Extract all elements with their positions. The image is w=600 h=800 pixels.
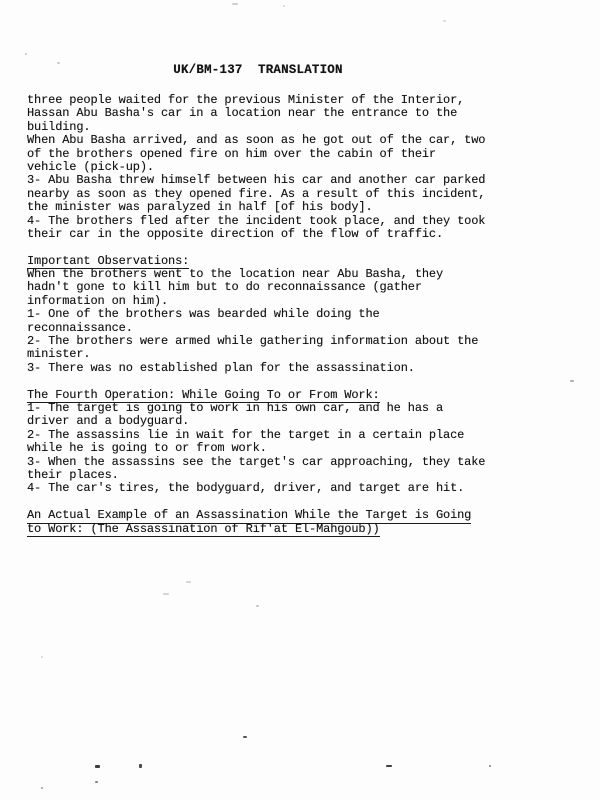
document-text-line: 2- The assassins lie in wait for the tar…	[27, 429, 497, 442]
document-text-line: the minister was paralyzed in half [of h…	[27, 201, 497, 214]
section-heading-line: Important Observations:	[27, 255, 497, 268]
scan-speck	[283, 5, 285, 7]
document-text-line: information on him).	[27, 295, 497, 308]
document-text-line: their car in the opposite direction of t…	[27, 228, 497, 241]
document-body: three people waited for the previous Min…	[27, 94, 497, 536]
scanned-document-page: UK/BM-137 TRANSLATION three people waite…	[0, 0, 600, 800]
document-title: UK/BM-137 TRANSLATION	[27, 63, 489, 77]
scan-speck	[41, 787, 43, 789]
blank-line	[27, 496, 497, 509]
scan-speck	[243, 736, 247, 738]
scan-speck	[139, 764, 142, 768]
document-text-line: 4- The brothers fled after the incident …	[27, 215, 497, 228]
scan-speck	[41, 656, 43, 658]
scan-speck	[489, 765, 491, 767]
document-text-line: driver and a bodyguard.	[27, 415, 497, 428]
scan-speck	[186, 581, 191, 583]
document-text-line: reconnaissance.	[27, 322, 497, 335]
document-text-line: vehicle (pick-up).	[27, 161, 497, 174]
scan-speck	[256, 605, 259, 607]
document-text-line: three people waited for the previous Min…	[27, 94, 497, 107]
document-text-line: minister.	[27, 348, 497, 361]
document-text-line: Hassan Abu Basha's car in a location nea…	[27, 107, 497, 120]
scan-speck	[443, 20, 446, 22]
document-text-line: building.	[27, 121, 497, 134]
section-heading-line: An Actual Example of an Assassination Wh…	[27, 509, 497, 522]
document-text-line: When Abu Basha arrived, and as soon as h…	[27, 134, 497, 147]
scan-speck	[95, 781, 98, 783]
blank-line	[27, 375, 497, 388]
section-heading-line: The Fourth Operation: While Going To or …	[27, 389, 497, 402]
scan-speck	[570, 380, 574, 382]
document-text-line: 1- The target is going to work in his ow…	[27, 402, 497, 415]
document-text-line: 3- When the assassins see the target's c…	[27, 456, 497, 469]
document-text-line: When the brothers went to the location n…	[27, 268, 497, 281]
blank-line	[27, 241, 497, 254]
scan-speck	[57, 62, 60, 64]
scan-speck	[386, 765, 392, 767]
scan-speck	[163, 593, 169, 595]
document-text-line: 3- Abu Basha threw himself between his c…	[27, 174, 497, 187]
document-text-line: 1- One of the brothers was bearded while…	[27, 308, 497, 321]
scan-speck	[25, 53, 27, 55]
section-heading-line: to Work: (The Assassination of Rif'at El…	[27, 523, 497, 536]
document-text-line: hadn't gone to kill him but to do reconn…	[27, 281, 497, 294]
document-text-line: 4- The car's tires, the bodyguard, drive…	[27, 482, 497, 495]
document-text-line: 3- There was no established plan for the…	[27, 362, 497, 375]
document-text-line: nearby as soon as they opened fire. As a…	[27, 188, 497, 201]
scan-speck	[95, 765, 100, 768]
document-text-line: their places.	[27, 469, 497, 482]
document-text-line: while he is going to or from work.	[27, 442, 497, 455]
document-text-line: 2- The brothers were armed while gatheri…	[27, 335, 497, 348]
document-text-line: of the brothers opened fire on him over …	[27, 148, 497, 161]
scan-speck	[232, 3, 238, 5]
